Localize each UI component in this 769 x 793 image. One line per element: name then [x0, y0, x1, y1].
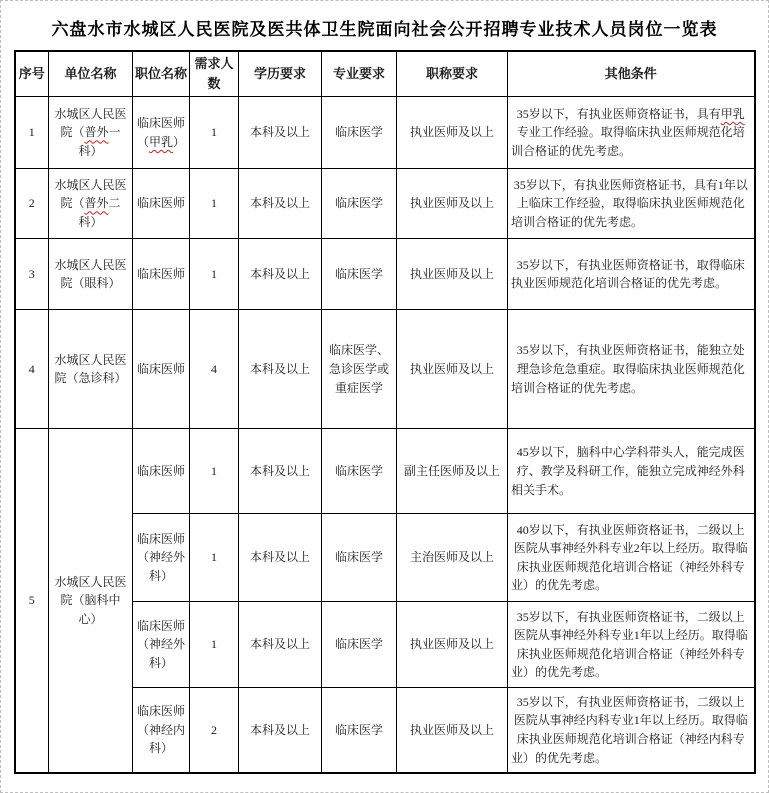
table-row: 4 水城区人民医院（急诊科） 临床医师 4 本科及以上 临床医学、急诊医学或重症…	[15, 310, 755, 429]
cell-count: 1	[190, 239, 239, 310]
cell-conditions: 40岁以下，有执业医师资格证书，二级以上医院从事神经外科专业2年以上经历。取得临…	[508, 514, 755, 602]
cell-major: 临床医学、急诊医学或重症医学	[322, 310, 397, 429]
header-unit: 单位名称	[49, 51, 133, 97]
header-count: 需求人数	[190, 51, 239, 97]
cell-position: 临床医师	[133, 239, 190, 310]
cell-education: 本科及以上	[239, 239, 322, 310]
cell-unit: 水城区人民医院（普外一科）	[49, 97, 133, 169]
cell-count: 1	[190, 602, 239, 688]
cell-seq: 2	[15, 169, 49, 239]
cell-major: 临床医学	[322, 688, 397, 773]
cell-education: 本科及以上	[239, 429, 322, 514]
job-positions-table: 序号 单位名称 职位名称 需求人数 学历要求 专业要求 职称要求 其他条件 1 …	[14, 50, 756, 774]
cell-education: 本科及以上	[239, 688, 322, 773]
cell-count: 1	[190, 429, 239, 514]
header-title-req: 职称要求	[397, 51, 508, 97]
cell-education: 本科及以上	[239, 169, 322, 239]
cell-major: 临床医学	[322, 169, 397, 239]
cell-major: 临床医学	[322, 97, 397, 169]
cell-unit: 水城区人民医院（普外二科）	[49, 169, 133, 239]
table-row: 3 水城区人民医院（眼科） 临床医师 1 本科及以上 临床医学 执业医师及以上 …	[15, 239, 755, 310]
cell-count: 1	[190, 97, 239, 169]
header-position: 职位名称	[133, 51, 190, 97]
cell-title-req: 主治医师及以上	[397, 514, 508, 602]
cell-unit: 水城区人民医院（眼科）	[49, 239, 133, 310]
cell-seq: 1	[15, 97, 49, 169]
cell-title-req: 执业医师及以上	[397, 602, 508, 688]
cell-title-req: 执业医师及以上	[397, 97, 508, 169]
cell-conditions: 35岁以下，有执业医师资格证书，具有甲乳专业工作经验。取得临床执业医师规范化培训…	[508, 97, 755, 169]
cell-conditions: 35岁以下，有执业医师资格证书，二级以上医院从事神经内科专业1年以上经历。取得临…	[508, 688, 755, 773]
cell-position: 临床医师（甲乳）	[133, 97, 190, 169]
cell-position: 临床医师（神经外科）	[133, 514, 190, 602]
document-page: 六盘水市水城区人民医院及医共体卫生院面向社会公开招聘专业技术人员岗位一览表 序号…	[0, 0, 769, 793]
cell-position: 临床医师（神经外科）	[133, 602, 190, 688]
cell-conditions: 35岁以下，有执业医师资格证书，具有1年以上临床工作经验，取得临床执业医师规范化…	[508, 169, 755, 239]
cell-major: 临床医学	[322, 514, 397, 602]
cell-seq: 5	[15, 429, 49, 773]
cell-count: 4	[190, 310, 239, 429]
cell-title-req: 执业医师及以上	[397, 239, 508, 310]
cell-major: 临床医学	[322, 602, 397, 688]
cell-unit: 水城区人民医院（脑科中心）	[49, 429, 133, 773]
cell-position: 临床医师	[133, 310, 190, 429]
cell-count: 2	[190, 688, 239, 773]
cell-title-req: 副主任医师及以上	[397, 429, 508, 514]
cell-major: 临床医学	[322, 239, 397, 310]
cell-title-req: 执业医师及以上	[397, 169, 508, 239]
cell-count: 1	[190, 169, 239, 239]
cell-education: 本科及以上	[239, 514, 322, 602]
table-row: 5 水城区人民医院（脑科中心） 临床医师 1 本科及以上 临床医学 副主任医师及…	[15, 429, 755, 514]
cell-title-req: 执业医师及以上	[397, 310, 508, 429]
cell-position: 临床医师	[133, 169, 190, 239]
header-seq: 序号	[15, 51, 49, 97]
cell-position: 临床医师	[133, 429, 190, 514]
cell-conditions: 45岁以下，脑科中心学科带头人，能完成医疗、教学及科研工作，能独立完成神经外科相…	[508, 429, 755, 514]
cell-position: 临床医师（神经内科）	[133, 688, 190, 773]
page-title: 六盘水市水城区人民医院及医共体卫生院面向社会公开招聘专业技术人员岗位一览表	[11, 15, 758, 40]
cell-conditions: 35岁以下，有执业医师资格证书，取得临床执业医师规范化培训合格证的优先考虑。	[508, 239, 755, 310]
table-header-row: 序号 单位名称 职位名称 需求人数 学历要求 专业要求 职称要求 其他条件	[15, 51, 755, 97]
header-other: 其他条件	[508, 51, 755, 97]
header-major: 专业要求	[322, 51, 397, 97]
header-education: 学历要求	[239, 51, 322, 97]
cell-conditions: 35岁以下，有执业医师资格证书，能独立处理急诊危急重症。取得临床执业医师规范化培…	[508, 310, 755, 429]
table-row: 2 水城区人民医院（普外二科） 临床医师 1 本科及以上 临床医学 执业医师及以…	[15, 169, 755, 239]
cell-unit: 水城区人民医院（急诊科）	[49, 310, 133, 429]
cell-major: 临床医学	[322, 429, 397, 514]
cell-seq: 3	[15, 239, 49, 310]
cell-conditions: 35岁以下，有执业医师资格证书，二级以上医院从事神经外科专业1年以上经历。取得临…	[508, 602, 755, 688]
cell-seq: 4	[15, 310, 49, 429]
cell-count: 1	[190, 514, 239, 602]
cell-title-req: 执业医师及以上	[397, 688, 508, 773]
table-row: 1 水城区人民医院（普外一科） 临床医师（甲乳） 1 本科及以上 临床医学 执业…	[15, 97, 755, 169]
cell-education: 本科及以上	[239, 310, 322, 429]
cell-education: 本科及以上	[239, 97, 322, 169]
cell-education: 本科及以上	[239, 602, 322, 688]
